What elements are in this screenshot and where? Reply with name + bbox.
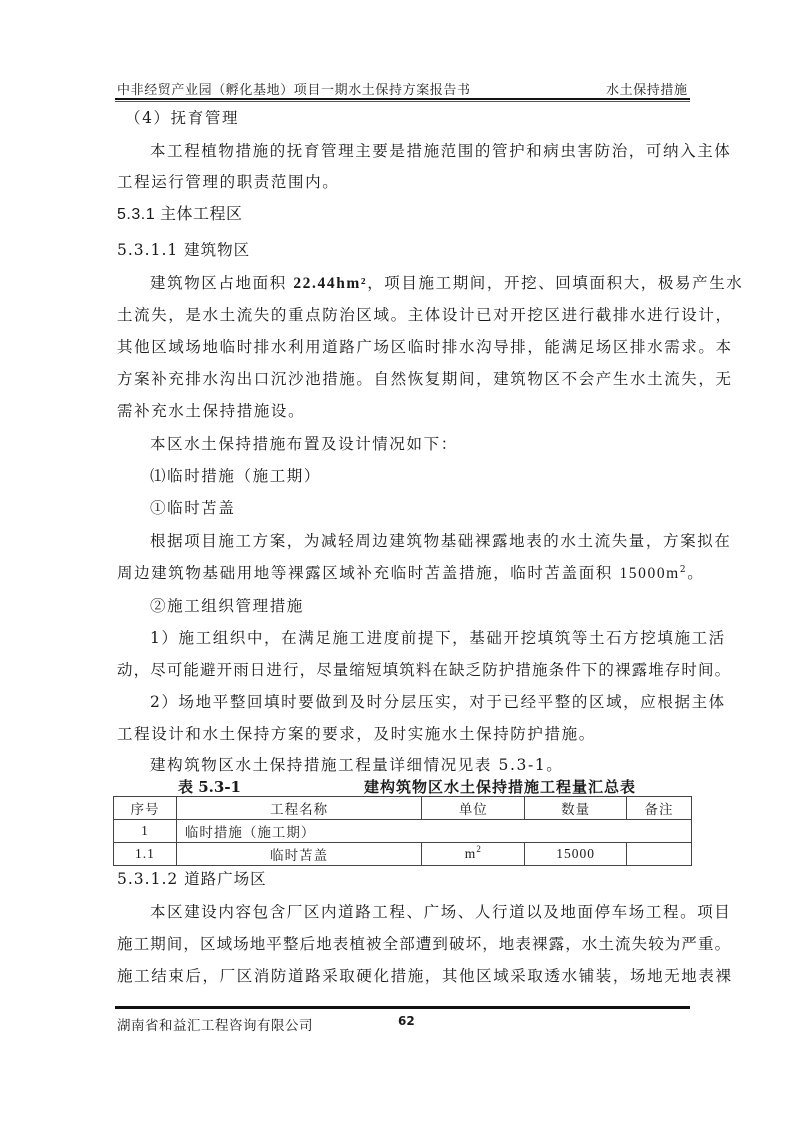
section-heading-5-3-1: 5.3.1 主体工程区	[117, 205, 243, 225]
footer-company: 湖南省和益汇工程咨询有限公司	[117, 1014, 313, 1034]
measures-table: 序号 工程名称 单位 数量 备注 1 临时措施（施工期） 1.1 临时苫盖 m2…	[113, 796, 692, 866]
column-header: 工程名称	[176, 797, 422, 820]
subsection-heading-5-3-1-1: 5.3.1.1 建筑物区	[117, 240, 250, 260]
care-heading: （4）抚育管理	[125, 108, 239, 128]
table-reference: 建构筑物区水土保持措施工程量详细情况见表 5.3-1。	[150, 755, 563, 775]
table-header-row: 序号 工程名称 单位 数量 备注	[114, 797, 692, 820]
paragraph-line: 需补充水土保持措施设。	[117, 401, 305, 421]
org-heading: ②施工组织管理措施	[150, 596, 304, 616]
header-rule	[115, 98, 690, 100]
cell-name: 临时苫盖	[176, 843, 422, 866]
column-header: 备注	[627, 797, 692, 820]
paragraph-line: 工程运行管理的职责范围内。	[117, 172, 339, 192]
column-header: 序号	[114, 797, 177, 820]
paragraph-line: 本工程植物措施的抚育管理主要是措施范围的管护和病虫害防治，可纳入主体	[150, 141, 731, 161]
page-number: 62	[398, 1014, 415, 1028]
running-header-section: 水土保持措施	[606, 79, 688, 98]
paragraph-line: 1）施工组织中，在满足施工进度前提下，基础开挖填筑等土石方挖填施工活	[150, 628, 726, 648]
paragraph-line: 施工结束后，厂区消防道路采取硬化措施，其他区域采取透水铺装，场地无地表裸	[117, 966, 733, 986]
table-row: 1.1 临时苫盖 m2 15000	[114, 843, 692, 866]
cell-unit: m2	[422, 843, 525, 866]
text: 建筑物区占地面积	[150, 274, 293, 292]
paragraph-line: 周边建筑物基础用地等裸露区域补充临时苫盖措施，临时苫盖面积 15000m2。	[117, 563, 704, 584]
column-header: 单位	[422, 797, 525, 820]
cover-heading: ①临时苫盖	[150, 498, 236, 518]
paragraph-line: 方案补充排水沟出口沉沙池措施。自然恢复期间，建筑物区不会产生水土流失，无	[117, 369, 733, 389]
text: 周边建筑物基础用地等裸露区域补充临时苫盖措施，临时苫盖面积	[117, 564, 619, 582]
paragraph-line: 施工期间，区域场地平整后地表植被全部遭到破坏，地表裸露，水土流失较为严重。	[117, 934, 731, 954]
cell-no: 1	[114, 820, 177, 843]
table-caption: 建构筑物区水土保持措施工程量汇总表	[364, 776, 636, 797]
cover-area-value: 15000m	[619, 565, 679, 582]
column-header: 数量	[525, 797, 627, 820]
cell-note	[627, 843, 692, 866]
footer-rule	[115, 1006, 690, 1009]
subsection-heading-5-3-1-2: 5.3.1.2 道路广场区	[117, 869, 267, 889]
paragraph-line: 动，尽可能避开雨日进行，尽量缩短填筑料在缺乏防护措施条件下的裸露堆存时间。	[117, 660, 731, 680]
cell-qty: 15000	[525, 843, 627, 866]
paragraph-line: 根据项目施工方案，为减轻周边建筑物基础裸露地表的水土流失量，方案拟在	[150, 531, 731, 551]
text: ，项目施工期间，开挖、回填面积大，极易产生水	[367, 274, 743, 292]
table-row: 1 临时措施（施工期）	[114, 820, 692, 843]
temp-measures-heading: ⑴临时措施（施工期）	[150, 466, 321, 486]
cell-name: 临时措施（施工期）	[176, 820, 691, 843]
running-header-title: 中非经贸产业园（孵化基地）项目一期水土保持方案报告书	[117, 79, 471, 98]
paragraph-line: 其他区域场地临时排水利用道路广场区临时排水沟导排，能满足场区排水需求。本	[117, 337, 733, 357]
text: 。	[687, 564, 704, 582]
cell-no: 1.1	[114, 843, 177, 866]
paragraph-line: 工程设计和水土保持方案的要求，及时实施水土保持防护措施。	[117, 724, 596, 744]
area-value: 22.44hm²	[293, 275, 367, 292]
unit-text: m	[465, 846, 477, 861]
paragraph-line: 本区水土保持措施布置及设计情况如下：	[150, 434, 458, 454]
paragraph-line: 土流失，是水土流失的重点防治区域。主体设计已对开挖区进行截排水进行设计，	[117, 305, 733, 325]
paragraph-line: 建筑物区占地面积 22.44hm²，项目施工期间，开挖、回填面积大，极易产生水	[150, 273, 743, 294]
paragraph-line: 2）场地平整回填时要做到及时分层压实，对于已经平整的区域，应根据主体	[150, 692, 726, 712]
paragraph-line: 本区建设内容包含厂区内道路工程、广场、人行道以及地面停车场工程。项目	[150, 902, 731, 922]
header-rule-thin	[115, 101, 690, 102]
superscript: 2	[476, 844, 482, 854]
table-number: 表 5.3-1	[178, 776, 241, 797]
